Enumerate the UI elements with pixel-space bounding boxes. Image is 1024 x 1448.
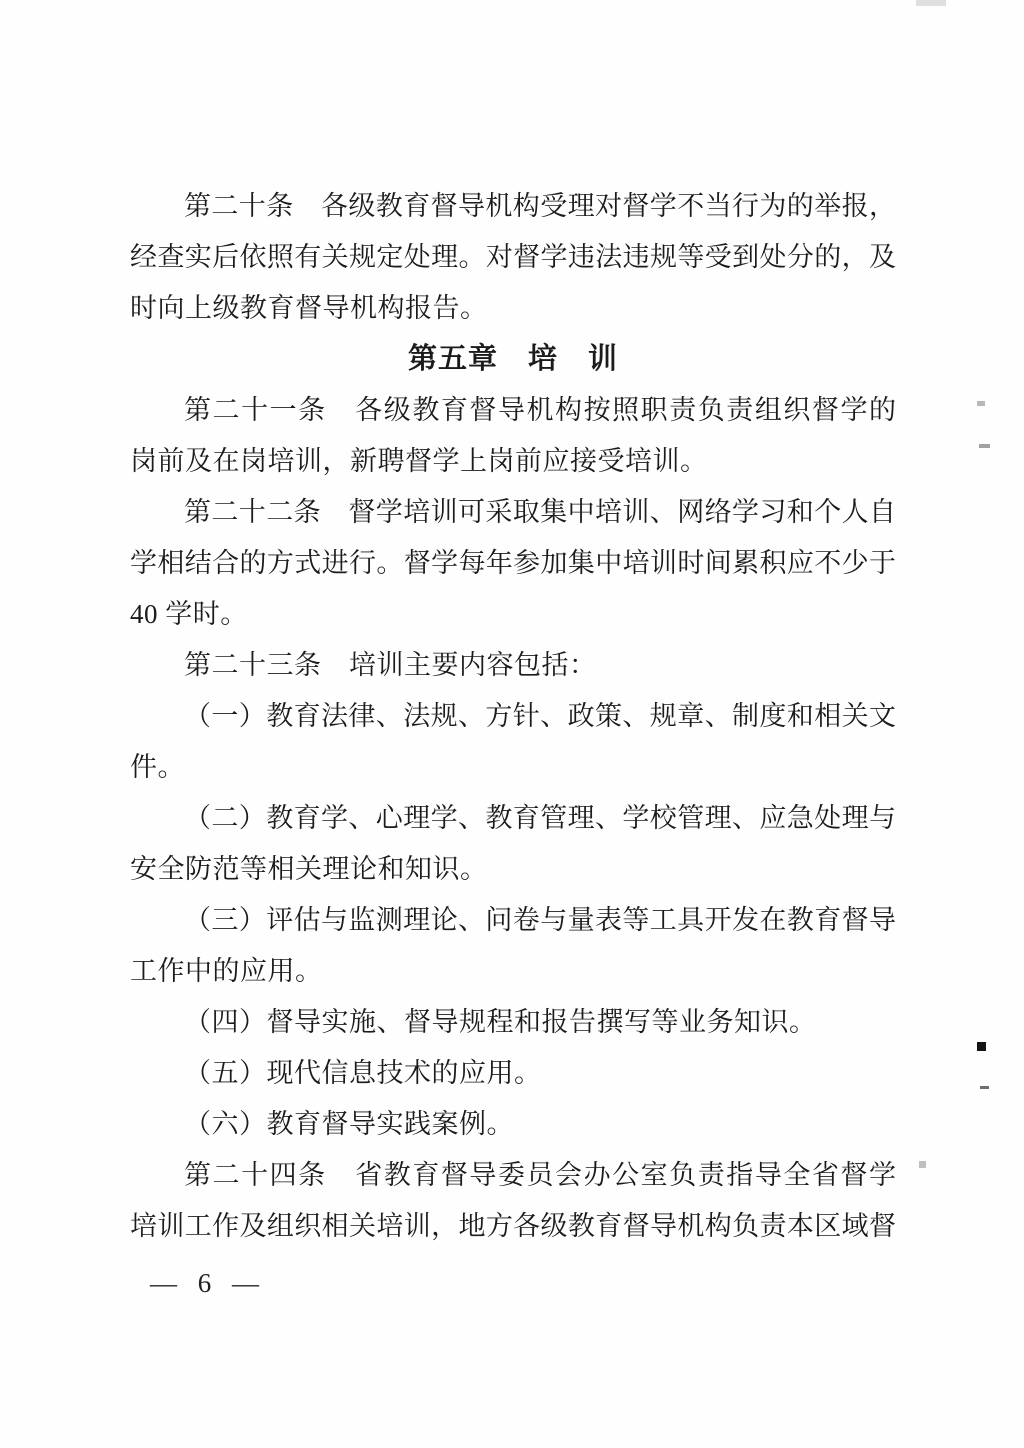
document-page: 第二十条 各级教育督导机构受理对督学不当行为的举报， 经查实后依照有关规定处理。… <box>0 0 1024 1448</box>
text-line: 岗前及在岗培训，新聘督学上岗前应接受培训。 <box>130 436 896 487</box>
text-line: 40 学时。 <box>130 589 896 640</box>
text-line: 第二十二条 督学培训可采取集中培训、网络学习和个人自 <box>130 487 896 538</box>
text-line: 经查实后依照有关规定处理。对督学违法违规等受到处分的，及 <box>130 232 896 283</box>
page-number: — 6 — <box>150 1268 266 1299</box>
text-line: 时向上级教育督导机构报告。 <box>130 283 896 334</box>
text-line: 工作中的应用。 <box>130 946 896 997</box>
text-line: 安全防范等相关理论和知识。 <box>130 844 896 895</box>
scan-artifact <box>977 401 985 406</box>
text-line: （二）教育学、心理学、教育管理、学校管理、应急处理与 <box>130 793 896 844</box>
text-line: （六）教育督导实践案例。 <box>130 1099 896 1150</box>
text-line: 第二十三条 培训主要内容包括： <box>130 640 896 691</box>
text-line: （五）现代信息技术的应用。 <box>130 1048 896 1099</box>
text-line: （三）评估与监测理论、问卷与量表等工具开发在教育督导 <box>130 895 896 946</box>
text-line: 学相结合的方式进行。督学每年参加集中培训时间累积应不少于 <box>130 538 896 589</box>
scan-artifact <box>919 1161 926 1168</box>
document-body: 第二十条 各级教育督导机构受理对督学不当行为的举报， 经查实后依照有关规定处理。… <box>130 181 896 1252</box>
text-line: （一）教育法律、法规、方针、政策、规章、制度和相关文 <box>130 691 896 742</box>
scan-artifact <box>980 1086 989 1089</box>
scan-artifact <box>977 1042 986 1051</box>
chapter-heading: 第五章 培 训 <box>130 334 896 385</box>
scan-artifact <box>916 0 946 6</box>
text-line: 第二十一条 各级教育督导机构按照职责负责组织督学的 <box>130 385 896 436</box>
text-line: 件。 <box>130 742 896 793</box>
text-line: 第二十条 各级教育督导机构受理对督学不当行为的举报， <box>130 181 896 232</box>
text-line: （四）督导实施、督导规程和报告撰写等业务知识。 <box>130 997 896 1048</box>
text-line: 第二十四条 省教育督导委员会办公室负责指导全省督学 <box>130 1150 896 1201</box>
text-line: 培训工作及组织相关培训，地方各级教育督导机构负责本区域督 <box>130 1201 896 1252</box>
scan-artifact <box>979 444 990 448</box>
